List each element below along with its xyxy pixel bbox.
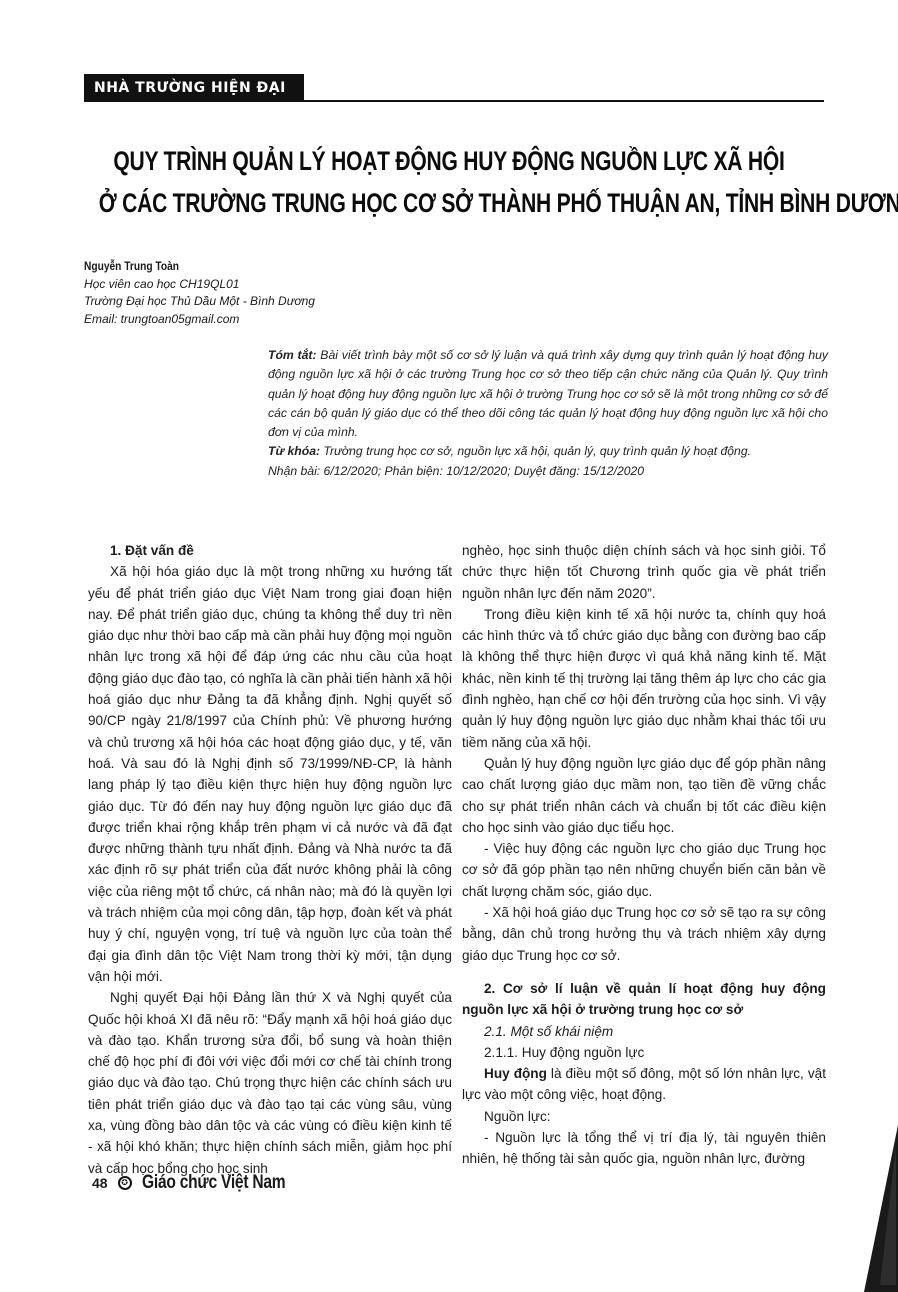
abstract-text: Bài viết trình bày một số cơ sở lý luận … — [268, 348, 828, 439]
paragraph: Quản lý huy động nguồn lực giáo dục để g… — [462, 753, 826, 838]
abstract-label: Tóm tắt: — [268, 348, 317, 362]
page-number: 48 — [92, 1175, 108, 1191]
article-title: QUY TRÌNH QUẢN LÝ HOẠT ĐỘNG HUY ĐỘNG NGU… — [99, 140, 799, 224]
page-footer: 48 ✪ Giáo chức Việt Nam — [92, 1172, 316, 1194]
subsection-heading-2-1-1: 2.1.1. Huy động nguồn lực — [462, 1042, 826, 1063]
paragraph: - Việc huy động các nguồn lực cho giáo d… — [462, 838, 826, 902]
journal-name: Giáo chức Việt Nam — [142, 1172, 285, 1194]
paragraph: - Nguồn lực là tổng thể vị trí địa lý, t… — [462, 1127, 826, 1170]
header-rule — [84, 100, 824, 102]
left-column: 1. Đặt vấn đề Xã hội hóa giáo dục là một… — [88, 540, 452, 1179]
star-icon: ✪ — [118, 1176, 132, 1190]
definition-paragraph: Huy động là điều một số đông, một số lớn… — [462, 1063, 826, 1106]
title-line-2: Ở CÁC TRƯỜNG TRUNG HỌC CƠ SỞ THÀNH PHỐ T… — [99, 182, 799, 224]
author-email: Email: trungtoan05gmail.com — [84, 311, 315, 329]
paragraph: Xã hội hóa giáo dục là một trong những x… — [88, 561, 452, 987]
paragraph-continued: nghèo, học sinh thuộc diện chính sách và… — [462, 540, 826, 604]
section-heading-2: 2. Cơ sở lí luận về quản lí hoạt động hu… — [462, 978, 826, 1021]
paragraph: - Xã hội hoá giáo dục Trung học cơ sở sẽ… — [462, 902, 826, 966]
definition-term: Huy động — [484, 1066, 547, 1081]
author-affiliation: Trường Đại học Thủ Dầu Một - Bình Dương — [84, 293, 315, 311]
abstract-summary: Tóm tắt: Bài viết trình bày một số cơ sở… — [268, 346, 828, 442]
paragraph: Trong điều kiện kinh tế xã hội nước ta, … — [462, 604, 826, 753]
article-dates: Nhận bài: 6/12/2020; Phản biện: 10/12/20… — [268, 462, 828, 481]
keywords: Từ khóa: Trường trung học cơ sở, nguồn l… — [268, 442, 828, 461]
keywords-label: Từ khóa: — [268, 444, 320, 458]
section-tag: NHÀ TRƯỜNG HIỆN ĐẠI — [84, 74, 304, 102]
subsection-heading-2-1: 2.1. Một số khái niệm — [462, 1021, 826, 1042]
author-position: Học viên cao học CH19QL01 — [84, 276, 315, 294]
keywords-text: Trường trung học cơ sở, nguồn lực xã hội… — [320, 444, 751, 458]
author-name: Nguyễn Trung Toàn — [84, 258, 280, 276]
star-glyph: ✪ — [121, 1179, 128, 1187]
paragraph: Nghị quyết Đại hội Đảng lần thứ X và Ngh… — [88, 987, 452, 1179]
abstract-block: Tóm tắt: Bài viết trình bày một số cơ sở… — [268, 346, 828, 481]
author-block: Nguyễn Trung Toàn Học viên cao học CH19Q… — [84, 258, 315, 328]
title-line-1: QUY TRÌNH QUẢN LÝ HOẠT ĐỘNG HUY ĐỘNG NGU… — [99, 140, 799, 182]
section-heading-1: 1. Đặt vấn đề — [88, 540, 452, 561]
right-column: nghèo, học sinh thuộc diện chính sách và… — [462, 540, 826, 1170]
paragraph: Nguồn lực: — [462, 1106, 826, 1127]
page-curl-shadow — [858, 1125, 898, 1292]
